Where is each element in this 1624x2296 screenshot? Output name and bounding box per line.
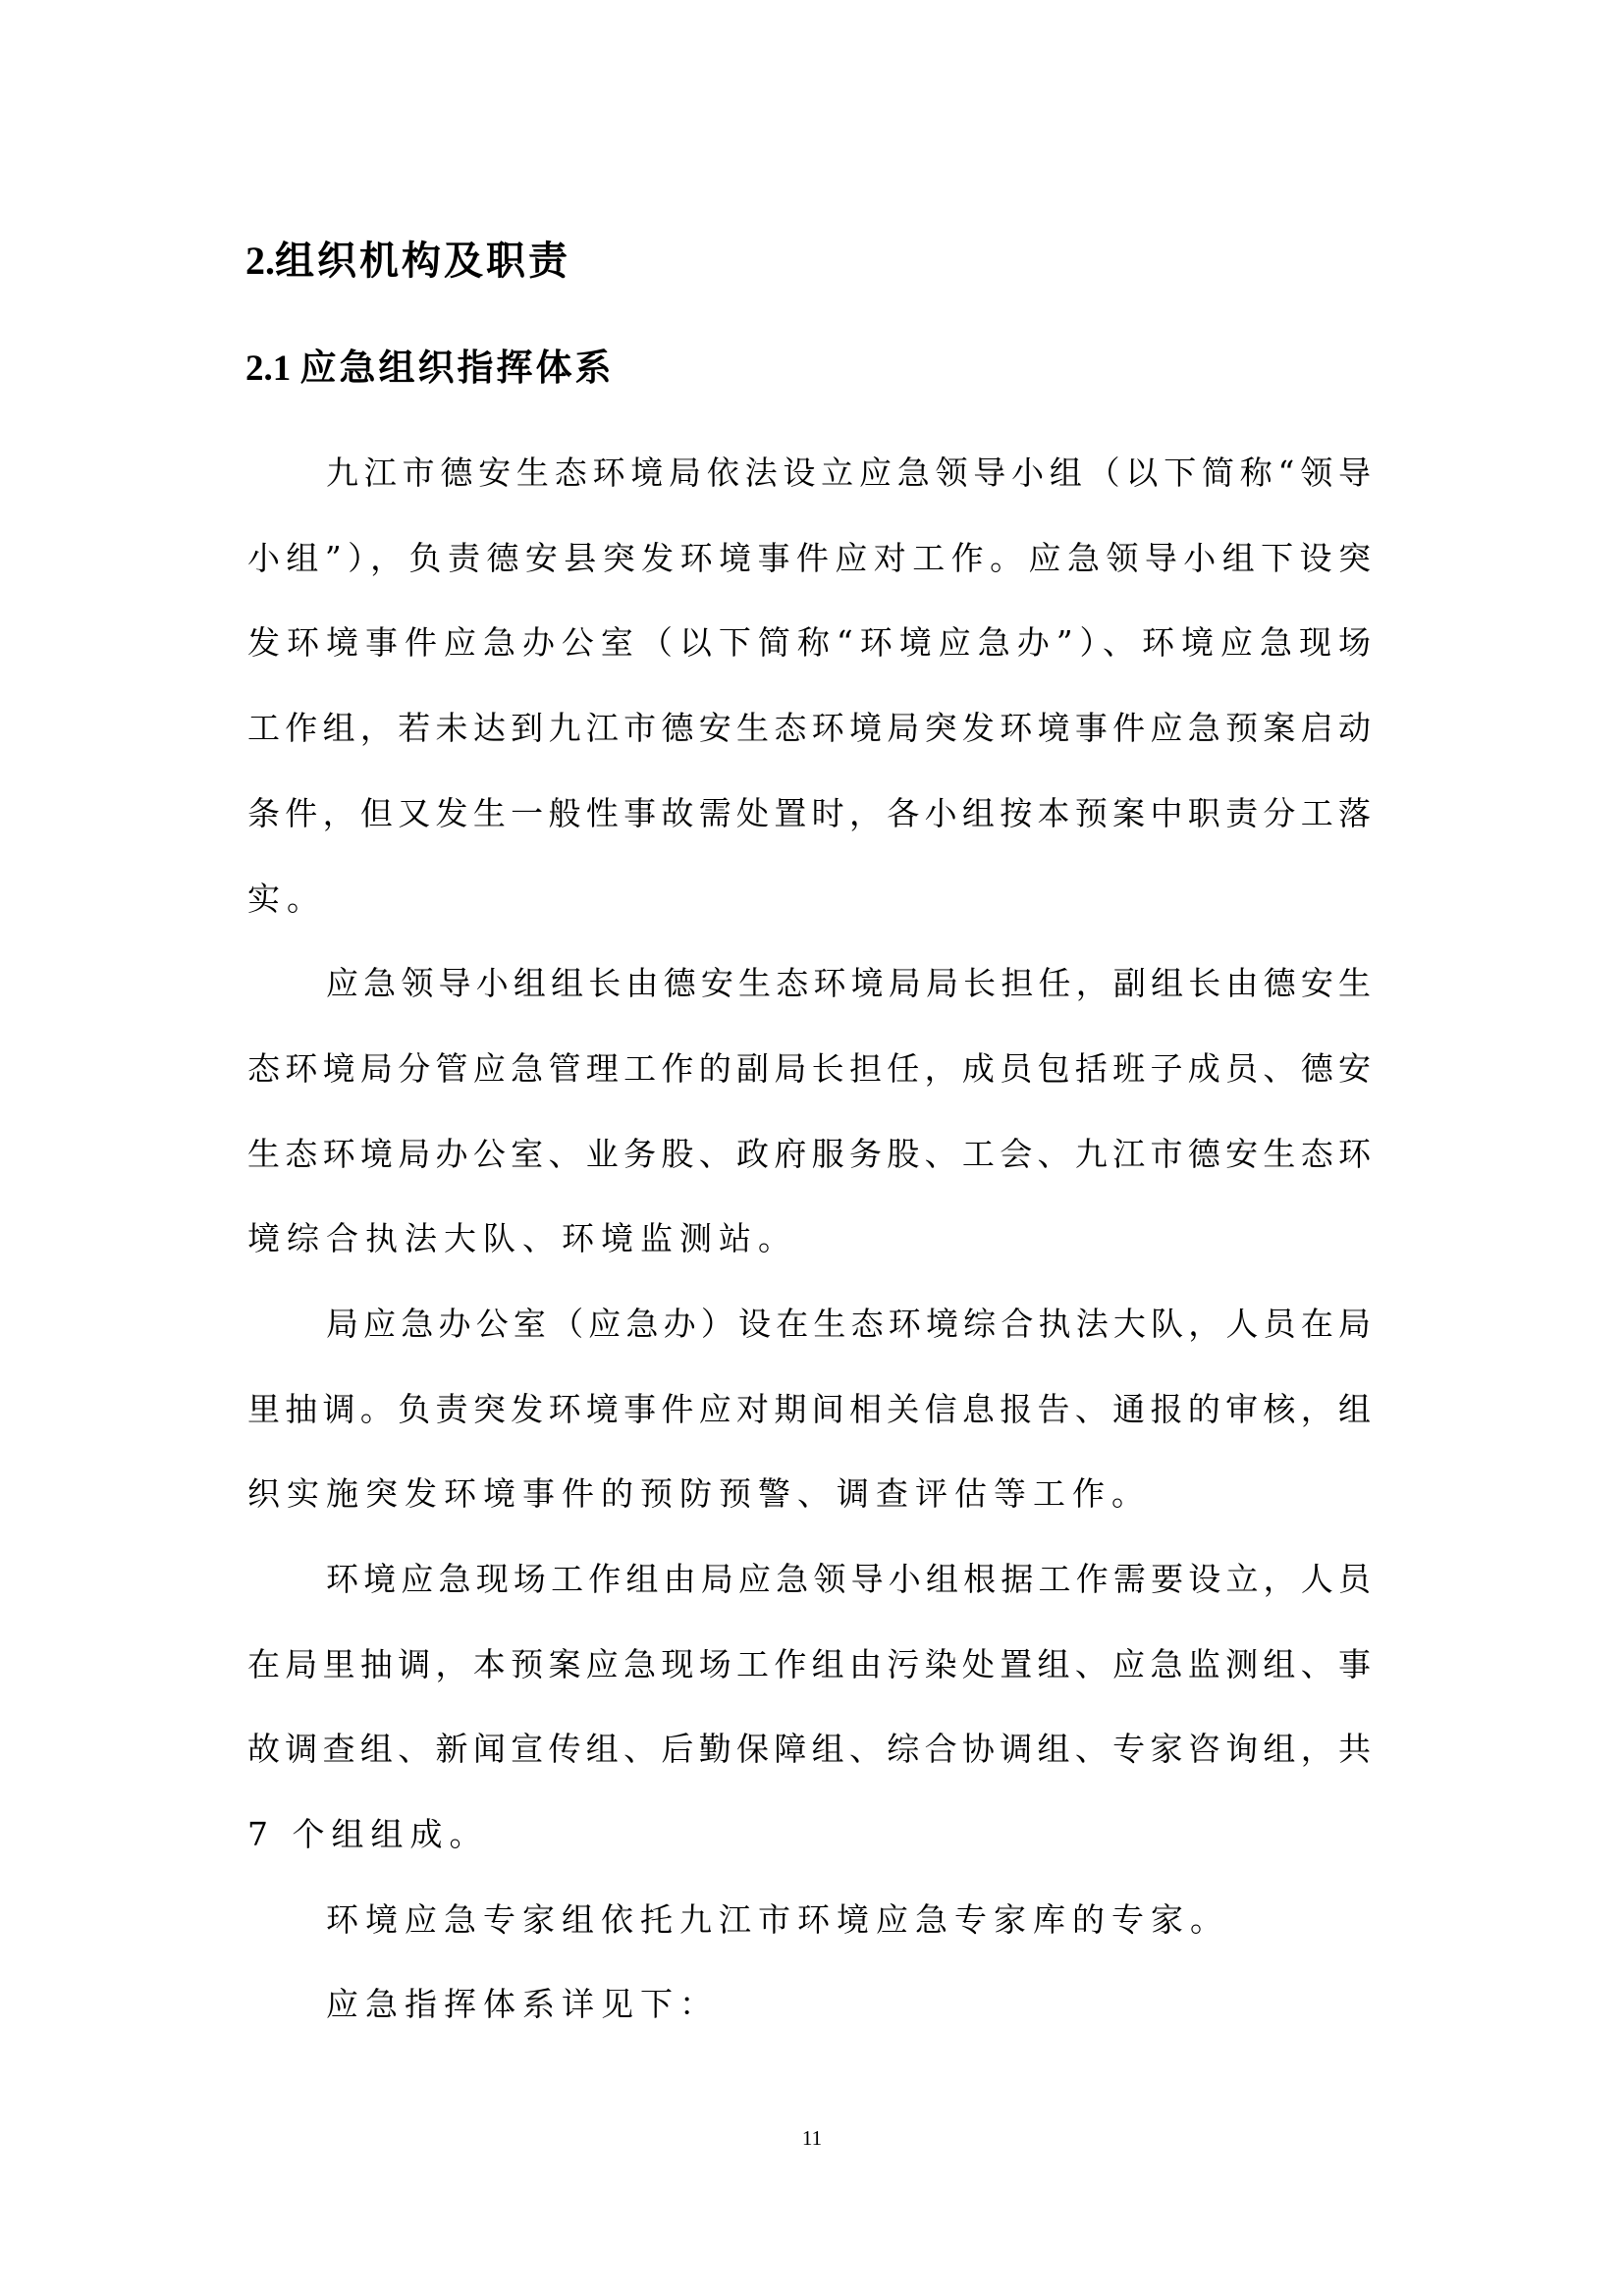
subsection-number: 2.1 xyxy=(245,348,300,389)
paragraph-3-line: 局应急办公室（应急办）设在生态环境综合执法大队，人员在局 xyxy=(326,1303,1375,1346)
paragraph-4-line: 在局里抽调，本预案应急现场工作组由污染处置组、应急监测组、事 xyxy=(247,1643,1375,1686)
paragraph-4-line: 环境应急现场工作组由局应急领导小组根据工作需要设立，人员 xyxy=(326,1558,1375,1601)
paragraph-2-line: 境综合执法大队、环境监测站。 xyxy=(247,1217,1375,1260)
document-page: 2.组织机构及职责 2.1 应急组织指挥体系 九江市德安生态环境局依法设立应急领… xyxy=(0,0,1624,2296)
paragraph-2-line: 态环境局分管应急管理工作的副局长担任，成员包括班子成员、德安 xyxy=(247,1047,1375,1091)
paragraph-4-line: 故调查组、新闻宣传组、后勤保障组、综合协调组、专家咨询组，共 xyxy=(247,1728,1375,1771)
paragraph-1-line: 九江市德安生态环境局依法设立应急领导小组（以下简称“领导 xyxy=(326,452,1375,495)
subsection-heading: 2.1 应急组织指挥体系 xyxy=(245,347,615,390)
subsection-title: 应急组织指挥体系 xyxy=(300,347,615,389)
paragraph-3-line: 里抽调。负责突发环境事件应对期间相关信息报告、通报的审核，组 xyxy=(247,1388,1375,1431)
paragraph-2-line: 应急领导小组组长由德安生态环境局局长担任，副组长由德安生 xyxy=(326,962,1375,1005)
paragraph-3-line: 织实施突发环境事件的预防预警、调查评估等工作。 xyxy=(247,1472,1375,1516)
paragraph-1-line: 发环境事件应急办公室（以下简称“环境应急办”）、环境应急现场 xyxy=(247,621,1375,665)
paragraph-1-line: 工作组，若未达到九江市德安生态环境局突发环境事件应急预案启动 xyxy=(247,707,1375,750)
paragraph-1-line: 条件，但又发生一般性事故需处置时，各小组按本预案中职责分工落 xyxy=(247,792,1375,835)
paragraph-2-line: 生态环境局办公室、业务股、政府服务股、工会、九江市德安生态环 xyxy=(247,1133,1375,1176)
section-title: 组织机构及职责 xyxy=(275,239,570,284)
section-number: 2. xyxy=(245,239,275,283)
page-number: 11 xyxy=(0,2126,1624,2150)
paragraph-1-line: 小组”），负责德安县突发环境事件应对工作。应急领导小组下设突 xyxy=(247,537,1375,580)
section-heading: 2.组织机构及职责 xyxy=(245,239,570,284)
paragraph-5-line: 环境应急专家组依托九江市环境应急专家库的专家。 xyxy=(326,1898,1375,1942)
paragraph-4-line: 7 个组组成。 xyxy=(247,1813,1375,1856)
paragraph-6-line: 应急指挥体系详见下： xyxy=(326,1983,1375,2026)
paragraph-1-line: 实。 xyxy=(247,878,1375,921)
